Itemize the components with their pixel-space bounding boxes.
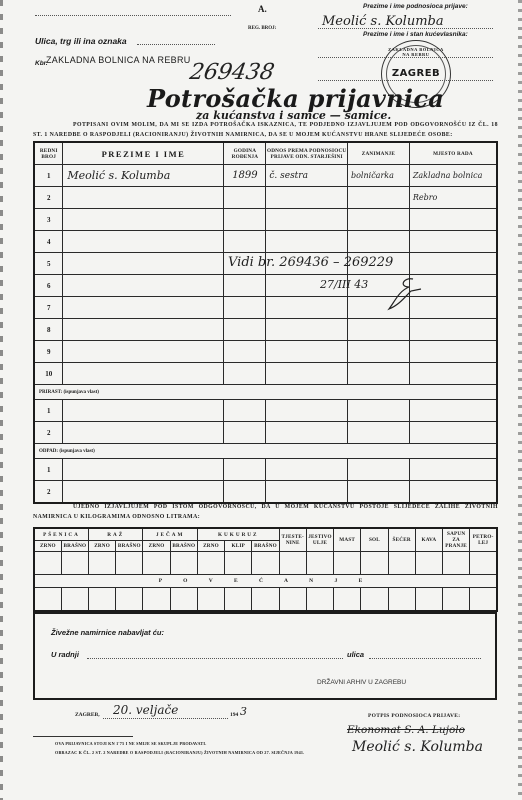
prirast-name[interactable] bbox=[63, 400, 224, 422]
increase-cell[interactable] bbox=[143, 588, 170, 612]
increase-cell[interactable] bbox=[470, 588, 497, 612]
kbr-value: ZAKLADNA BOLNICA NA REBRU bbox=[46, 55, 191, 65]
person-name[interactable] bbox=[63, 297, 224, 319]
sub-zrno: ZRNO bbox=[34, 541, 61, 552]
row-number: 1 bbox=[34, 400, 63, 422]
odpad-birth-year[interactable] bbox=[224, 481, 266, 504]
person-occupation[interactable] bbox=[347, 187, 409, 209]
prirast-relation[interactable] bbox=[266, 422, 348, 444]
person-birth-year[interactable]: 1899 bbox=[224, 165, 266, 187]
prirast-workplace[interactable] bbox=[409, 422, 497, 444]
odpad-birth-year[interactable] bbox=[224, 459, 266, 481]
person-workplace[interactable]: Rebro bbox=[409, 187, 497, 209]
row-number: 8 bbox=[34, 319, 63, 341]
table-row: 8 bbox=[34, 319, 497, 341]
col-secer: ŠEĆER bbox=[388, 528, 415, 552]
person-relation[interactable] bbox=[266, 231, 348, 253]
signature-label: POTPIS PODNOSIOCA PRIJAVE: bbox=[368, 713, 460, 719]
person-name[interactable] bbox=[63, 253, 224, 275]
row-number: 9 bbox=[34, 341, 63, 363]
stamp-center-text: ZAGREB bbox=[382, 68, 450, 79]
sub-klip: KLIP bbox=[225, 541, 252, 552]
stamp-ring-text: ZAKLADNA BOLNICA NA REBRU bbox=[384, 47, 448, 57]
col-kava: KAVA bbox=[415, 528, 442, 552]
table-row: 1 bbox=[34, 400, 497, 422]
col-sapun: SAPUN ZA PRANJE bbox=[443, 528, 470, 552]
stock-cell[interactable] bbox=[334, 552, 361, 575]
person-workplace[interactable]: Zakladna bolnica bbox=[409, 165, 497, 187]
increase-cell[interactable] bbox=[225, 588, 252, 612]
increase-cell[interactable] bbox=[279, 588, 306, 612]
person-name[interactable] bbox=[63, 341, 224, 363]
applicant-name-value[interactable]: Meolić s. Kolumba bbox=[322, 14, 444, 29]
increase-cell[interactable] bbox=[252, 588, 279, 612]
householder-label: Prezime i ime i stan kućevlasnika: bbox=[363, 31, 468, 38]
stock-text: UJEDNO IZJAVLJUJEM POD ISTOM ODGOVORNOŠĆ… bbox=[33, 502, 498, 522]
person-workplace[interactable] bbox=[409, 341, 497, 363]
stock-cell[interactable] bbox=[197, 552, 224, 575]
supply-heading: Živežne namirnice nabavljat ću: bbox=[51, 628, 164, 637]
person-birth-year[interactable] bbox=[224, 297, 266, 319]
odpad-name[interactable] bbox=[63, 459, 224, 481]
increase-cell[interactable] bbox=[334, 588, 361, 612]
person-birth-year[interactable] bbox=[224, 363, 266, 385]
group-raz: RAŽ bbox=[88, 528, 142, 541]
form-note: OBRAZAC K ČL. 2 ST. 2 NAREDBE O RASPODJE… bbox=[55, 750, 304, 755]
intro-text: POTPISANI OVIM MOLIM, DA MI SE IZDA POTR… bbox=[33, 120, 498, 140]
person-relation[interactable] bbox=[266, 209, 348, 231]
year-prefix: 194 bbox=[230, 712, 238, 718]
person-birth-year[interactable] bbox=[224, 275, 266, 297]
stock-cell[interactable] bbox=[88, 552, 115, 575]
person-occupation[interactable] bbox=[347, 363, 409, 385]
shop-field[interactable] bbox=[87, 658, 343, 659]
archive-stamp: DRŽAVNI ARHIV U ZAGREBU bbox=[317, 679, 406, 686]
table-row: 2 bbox=[34, 422, 497, 444]
person-name[interactable] bbox=[63, 187, 224, 209]
prirast-label: PRIRAST: (ispunjava vlast) bbox=[34, 385, 497, 400]
reg-broj-label: REG. BROJ: bbox=[248, 26, 276, 31]
stock-cell[interactable] bbox=[443, 552, 470, 575]
increase-cell[interactable] bbox=[61, 588, 88, 612]
odpad-label: ODPAD: (ispunjava vlast) bbox=[34, 444, 497, 459]
row-number: 2 bbox=[34, 422, 63, 444]
stock-cell[interactable] bbox=[415, 552, 442, 575]
persons-table-header: REDNI BROJ PREZIME I IME GODINA ROĐENJA … bbox=[34, 142, 497, 165]
row-number: 10 bbox=[34, 363, 63, 385]
person-name[interactable] bbox=[63, 363, 224, 385]
stock-cell[interactable] bbox=[279, 552, 306, 575]
place-label: ZAGREB, bbox=[75, 712, 100, 718]
group-psenica: PŠENICA bbox=[34, 528, 88, 541]
series-letter: A. bbox=[258, 4, 267, 14]
prirast-relation[interactable] bbox=[266, 400, 348, 422]
increase-cell[interactable] bbox=[116, 588, 143, 612]
increase-cell[interactable] bbox=[361, 588, 388, 612]
person-relation[interactable] bbox=[266, 319, 348, 341]
stock-cell[interactable] bbox=[143, 552, 170, 575]
col-redni-broj: REDNI BROJ bbox=[34, 142, 63, 165]
person-workplace[interactable] bbox=[409, 319, 497, 341]
supply-street-label: ulica bbox=[347, 650, 364, 659]
table-row: 2 bbox=[34, 481, 497, 504]
person-occupation[interactable] bbox=[347, 209, 409, 231]
year-suffix[interactable]: 3 bbox=[240, 705, 247, 718]
price-note: OVA PRIJAVNICA STOJI KN 1'75 I NE SMIJE … bbox=[55, 741, 206, 746]
row-number: 7 bbox=[34, 297, 63, 319]
stock-cell[interactable] bbox=[361, 552, 388, 575]
scan-edge-left bbox=[0, 0, 3, 800]
row-number: 1 bbox=[34, 459, 63, 481]
increase-label: P O V E Ć A N J E bbox=[34, 575, 497, 588]
table-row: 7 bbox=[34, 297, 497, 319]
odpad-relation[interactable] bbox=[266, 481, 348, 504]
increase-cell[interactable] bbox=[443, 588, 470, 612]
odpad-name[interactable] bbox=[63, 481, 224, 504]
footer-divider bbox=[33, 736, 133, 737]
stock-cell[interactable] bbox=[388, 552, 415, 575]
cross-reference-note: Vidi br. 269436 – 269229 bbox=[228, 255, 393, 270]
person-occupation[interactable]: bolničarka bbox=[347, 165, 409, 187]
increase-cell[interactable] bbox=[197, 588, 224, 612]
col-odnos: ODNOS PREMA PODNOSIOCU PRIJAVE ODN. STAR… bbox=[266, 142, 348, 165]
stock-cell[interactable] bbox=[116, 552, 143, 575]
person-occupation[interactable] bbox=[347, 341, 409, 363]
row-number: 2 bbox=[34, 187, 63, 209]
col-jestivo-ulje: JESTIVO ULJE bbox=[306, 528, 333, 552]
person-relation[interactable] bbox=[266, 187, 348, 209]
person-birth-year[interactable] bbox=[224, 187, 266, 209]
prirast-section-header: PRIRAST: (ispunjava vlast) bbox=[34, 385, 497, 400]
increase-values-row bbox=[34, 588, 497, 612]
shop-label: U radnji bbox=[51, 650, 79, 659]
table-row: 10 bbox=[34, 363, 497, 385]
person-workplace[interactable] bbox=[409, 231, 497, 253]
increase-cell[interactable] bbox=[388, 588, 415, 612]
scan-edge-right bbox=[518, 0, 522, 800]
sub-zrno: ZRNO bbox=[88, 541, 115, 552]
prirast-occupation[interactable] bbox=[347, 422, 409, 444]
person-birth-year[interactable] bbox=[224, 209, 266, 231]
stock-cell[interactable] bbox=[61, 552, 88, 575]
person-relation[interactable]: č. sestra bbox=[266, 165, 348, 187]
sub-zrno: ZRNO bbox=[143, 541, 170, 552]
row-number: 2 bbox=[34, 481, 63, 504]
street-label: Ulica, trg ili ina oznaka bbox=[35, 36, 127, 46]
person-name[interactable] bbox=[63, 209, 224, 231]
prirast-occupation[interactable] bbox=[347, 400, 409, 422]
stock-cell[interactable] bbox=[170, 552, 197, 575]
sub-brasno: BRAŠNO bbox=[170, 541, 197, 552]
sub-zrno: ZRNO bbox=[197, 541, 224, 552]
odpad-workplace[interactable] bbox=[409, 459, 497, 481]
col-petrolej: PETRO-LEJ bbox=[470, 528, 497, 552]
street-field[interactable] bbox=[137, 44, 215, 45]
table-row: 9 bbox=[34, 341, 497, 363]
person-name[interactable] bbox=[63, 231, 224, 253]
person-relation[interactable] bbox=[266, 363, 348, 385]
initials-signature-icon bbox=[385, 275, 425, 315]
stock-cell[interactable] bbox=[252, 552, 279, 575]
col-godina-rodjenja: GODINA ROĐENJA bbox=[224, 142, 266, 165]
person-relation[interactable] bbox=[266, 297, 348, 319]
odpad-occupation[interactable] bbox=[347, 481, 409, 504]
date-value[interactable]: 20. veljače bbox=[113, 703, 178, 717]
sub-brasno: BRAŠNO bbox=[61, 541, 88, 552]
table-row: 3 bbox=[34, 209, 497, 231]
person-occupation[interactable] bbox=[347, 319, 409, 341]
row-number: 3 bbox=[34, 209, 63, 231]
col-prezime-ime: PREZIME I IME bbox=[63, 142, 224, 165]
increase-cell[interactable] bbox=[34, 588, 61, 612]
row-number: 1 bbox=[34, 165, 63, 187]
row-number: 5 bbox=[34, 253, 63, 275]
group-jecam: JEČAM bbox=[143, 528, 197, 541]
increase-header-row: P O V E Ć A N J E bbox=[34, 575, 497, 588]
person-name[interactable] bbox=[63, 275, 224, 297]
row-number: 6 bbox=[34, 275, 63, 297]
col-sol: SOL bbox=[361, 528, 388, 552]
person-workplace[interactable] bbox=[409, 253, 497, 275]
person-name[interactable]: Meolić s. Kolumba bbox=[63, 165, 224, 187]
table-row: 1 Meolić s. Kolumba 1899 č. sestra bolni… bbox=[34, 165, 497, 187]
prirast-birth-year[interactable] bbox=[224, 400, 266, 422]
stock-cell[interactable] bbox=[225, 552, 252, 575]
table-row: 2 Rebro bbox=[34, 187, 497, 209]
stock-cell[interactable] bbox=[306, 552, 333, 575]
stock-values-row bbox=[34, 552, 497, 575]
table-row: 6 bbox=[34, 275, 497, 297]
signature-value[interactable]: Meolić s. Kolumba bbox=[352, 739, 483, 755]
applicant-name-label: Prezime i ime podnosioca prijave: bbox=[363, 3, 468, 10]
increase-cell[interactable] bbox=[306, 588, 333, 612]
col-mast: MAST bbox=[334, 528, 361, 552]
prirast-name[interactable] bbox=[63, 422, 224, 444]
table-row: 4 bbox=[34, 231, 497, 253]
increase-cell[interactable] bbox=[88, 588, 115, 612]
group-kukuruz: KUKURUZ bbox=[197, 528, 279, 541]
person-name[interactable] bbox=[63, 319, 224, 341]
col-mjesto-rada: MJESTO RADA bbox=[409, 142, 497, 165]
sub-brasno: BRAŠNO bbox=[116, 541, 143, 552]
sub-brasno: BRAŠNO bbox=[252, 541, 279, 552]
table-row: 1 bbox=[34, 459, 497, 481]
persons-table: REDNI BROJ PREZIME I IME GODINA ROĐENJA … bbox=[33, 141, 498, 504]
col-zanimanje: ZANIMANJE bbox=[347, 142, 409, 165]
person-workplace[interactable] bbox=[409, 209, 497, 231]
person-workplace[interactable] bbox=[409, 363, 497, 385]
person-birth-year[interactable] bbox=[224, 319, 266, 341]
handwritten-number: 269438 bbox=[188, 60, 276, 85]
col-tjestenine: TJESTE-NINE bbox=[279, 528, 306, 552]
increase-cell[interactable] bbox=[415, 588, 442, 612]
person-birth-year[interactable] bbox=[224, 231, 266, 253]
person-relation[interactable] bbox=[266, 341, 348, 363]
person-occupation[interactable] bbox=[347, 231, 409, 253]
odpad-relation[interactable] bbox=[266, 459, 348, 481]
stock-cell[interactable] bbox=[34, 552, 61, 575]
signature-struck: Ekonomat S. A. Lujolo bbox=[347, 724, 465, 736]
date-line bbox=[103, 718, 228, 719]
top-line bbox=[35, 14, 231, 16]
odpad-workplace[interactable] bbox=[409, 481, 497, 504]
row-number: 4 bbox=[34, 231, 63, 253]
supply-street-field[interactable] bbox=[369, 658, 481, 659]
stock-cell[interactable] bbox=[470, 552, 497, 575]
person-birth-year[interactable] bbox=[224, 341, 266, 363]
odpad-occupation[interactable] bbox=[347, 459, 409, 481]
supply-box: Živežne namirnice nabavljat ću: U radnji… bbox=[33, 612, 497, 700]
stock-group-header: PŠENICA RAŽ JEČAM KUKURUZ TJESTE-NINE JE… bbox=[34, 528, 497, 541]
increase-cell[interactable] bbox=[170, 588, 197, 612]
cross-reference-date: 27/III 43 bbox=[320, 278, 368, 291]
prirast-workplace[interactable] bbox=[409, 400, 497, 422]
prirast-birth-year[interactable] bbox=[224, 422, 266, 444]
odpad-section-header: ODPAD: (ispunjava vlast) bbox=[34, 444, 497, 459]
stock-table: PŠENICA RAŽ JEČAM KUKURUZ TJESTE-NINE JE… bbox=[33, 527, 498, 612]
